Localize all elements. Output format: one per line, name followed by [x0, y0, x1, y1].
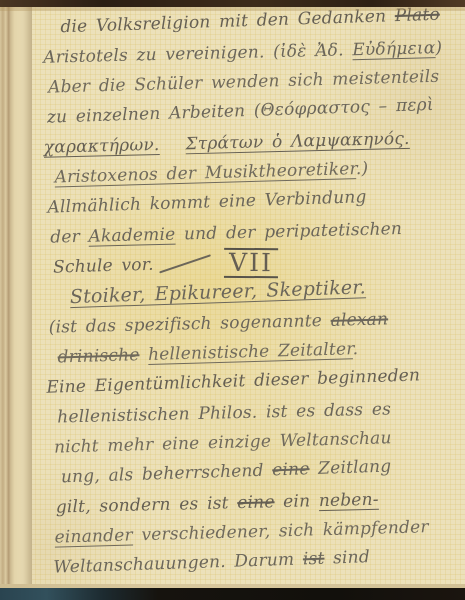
text-segment: der — [50, 227, 89, 248]
bottom-page-edge — [0, 588, 465, 600]
text-segment: drinische — [57, 345, 139, 367]
text-gap — [160, 149, 186, 150]
manuscript-lines: die Volksreligion mit den Gedanken Plato… — [34, 1, 465, 583]
text-segment: eine — [272, 459, 310, 480]
text-segment: und der peripatetischen — [175, 219, 402, 245]
slash-mark — [159, 254, 211, 273]
text-segment: .) — [356, 159, 369, 179]
text-segment: Στράτων ὁ Λαμψακηνός. — [185, 129, 410, 154]
text-segment: Allmählich kommt eine Verbindung — [47, 187, 367, 218]
text-segment: Weltanschauungen. Darum — [53, 549, 303, 577]
roman-numeral-heading: VII — [224, 248, 278, 278]
binding-edge — [0, 0, 32, 600]
text-segment: einander — [54, 525, 133, 547]
text-segment: Eine Eigentümlichkeit dieser beginneden — [46, 365, 420, 397]
text-segment: hellenistischen Philos. ist es dass es — [57, 399, 391, 427]
text-segment: Schule vor. — [53, 255, 154, 278]
top-page-edge — [0, 0, 465, 7]
text-segment: Zeitlang — [309, 456, 391, 479]
text-segment: Aristotels zu vereinigen. (ἰδὲ Ἀδ. — [43, 40, 353, 68]
text-segment: Εὐδήμεια — [352, 38, 436, 60]
text-segment: zu einzelnen Arbeiten (Θεόφραστος – περὶ — [47, 95, 434, 128]
text-segment: eine — [237, 492, 275, 513]
text-segment: ein — [274, 491, 319, 512]
text-segment: alexan — [330, 309, 388, 330]
text-segment: sind — [324, 547, 370, 568]
text-segment: ) — [435, 38, 442, 58]
text-segment: χαρακτήρων. — [44, 135, 160, 158]
text-segment: (ist das spezifisch sogenannte — [49, 311, 331, 338]
text-segment: ung, als beherrschend — [61, 460, 273, 487]
text-segment: gilt, sondern es ist — [56, 493, 238, 517]
text-segment: neben- — [319, 490, 379, 511]
text-segment: Stoiker, Epikureer, Skeptiker. — [70, 276, 367, 308]
notebook-page-scan: die Volksreligion mit den Gedanken Plato… — [0, 0, 465, 600]
text-segment: . — [352, 339, 358, 359]
text-segment: Akademie — [88, 225, 175, 247]
text-segment: hellenistische Zeitalter — [148, 339, 353, 365]
text-segment: ist — [303, 549, 325, 570]
